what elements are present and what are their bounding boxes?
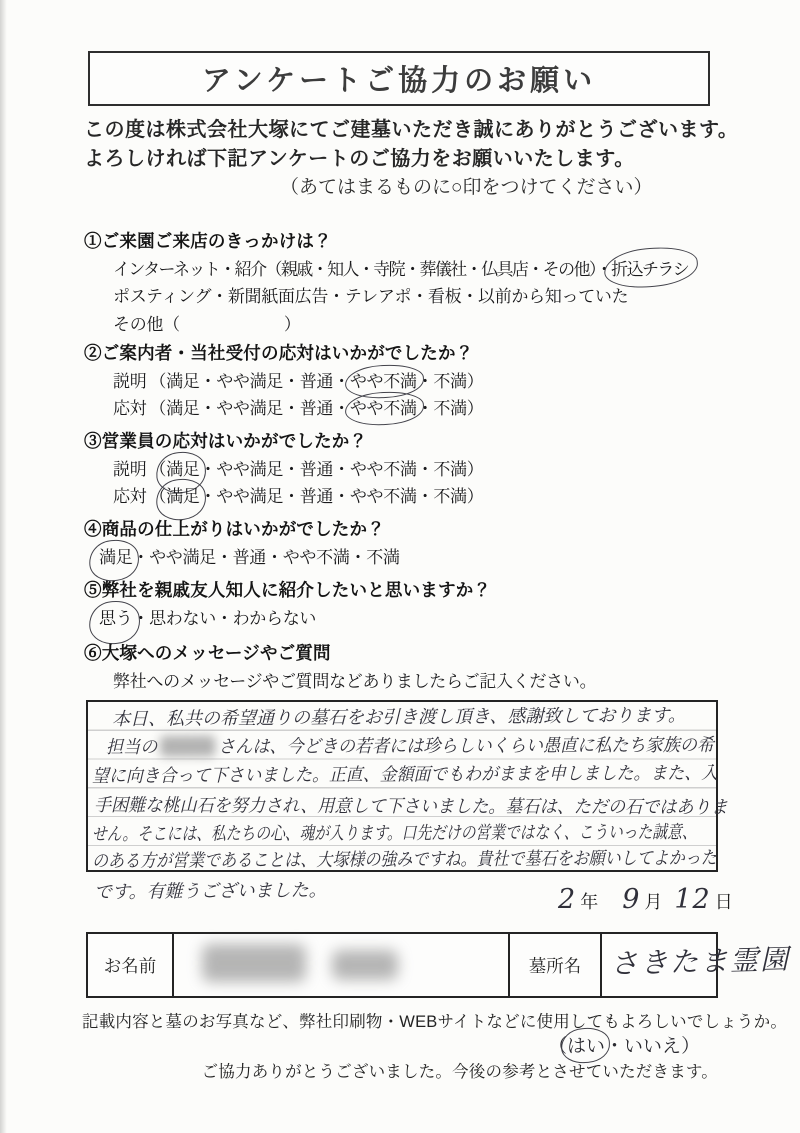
question-3: ③営業員の応対はいかがでしたか？ 説明（満足・やや満足・普通・やや不満・不満） … — [84, 428, 483, 511]
question-1: ①ご来園ご来店のきっかけは？ インターネット・紹介（親戚・知人・寺院・葬儀社・仏… — [84, 228, 688, 338]
intro-text: この度は株式会社大塚にてご建墓いただき誠にありがとうございます。 よろしければ下… — [84, 116, 738, 174]
q4-options-rest: ・やや満足・普通・やや不満・不満 — [132, 548, 399, 567]
circled-option-yaya-fuman-2: やや不満 — [350, 395, 417, 423]
survey-form-scan: アンケートご協力のお願い この度は株式会社大塚にてご建墓いただき誠にありがとうご… — [0, 0, 800, 1133]
permission-question: 記載内容と墓のお写真など、弊社印刷物・WEBサイトなどに使用してもよろしいでしょ… — [82, 1008, 787, 1032]
circled-choice-hai: はい — [567, 1031, 605, 1058]
question-1-options-line-3: その他（） — [113, 311, 688, 339]
question-2-heading: ②ご案内者・当社受付の応対はいかがでしたか？ — [84, 340, 483, 368]
q2-row1-pre: （満足・やや満足・普通・ — [149, 372, 349, 391]
q3-row2-label: 応対 — [113, 487, 146, 506]
q1-other-close: ） — [284, 315, 301, 334]
intro-line-2: よろしければ下記アンケートのご協力をお願いいたします。 — [84, 145, 738, 174]
q2-row2-label: 応対 — [113, 399, 146, 418]
choices-close-paren: ） — [681, 1036, 700, 1057]
respondent-table: お名前 墓所名 さきたま霊園 — [86, 932, 718, 998]
circled-option-omou: 思う — [99, 605, 132, 633]
q1-other-label: その他（ — [113, 315, 180, 334]
circled-option-manzoku-3: 満足 — [99, 544, 132, 572]
q3-row2-pre: （ — [149, 487, 166, 506]
q5-options-rest: ・思わない・わからない — [132, 609, 316, 628]
question-1-heading: ①ご来園ご来店のきっかけは？ — [84, 228, 688, 256]
date-year-value: 2 — [558, 884, 576, 915]
date-line: 2 年 9 月 12 日 — [558, 884, 733, 915]
q3-row1-label: 説明 — [113, 460, 146, 479]
date-month-unit: 月 — [644, 888, 662, 914]
question-5: ⑤弊社を親戚友人知人に紹介したいと思いますか？ 思う・思わない・わからない — [84, 577, 491, 632]
grave-value-cell: さきたま霊園 — [600, 934, 716, 996]
question-4: ④商品の仕上がりはいかがでしたか？ 満足・やや満足・普通・やや不満・不満 — [84, 516, 400, 571]
q3-row1-pre: （ — [149, 460, 166, 479]
date-month-value: 9 — [622, 884, 640, 915]
date-day-unit: 日 — [715, 888, 733, 914]
question-6-subtext: 弊社へのメッセージやご質問などありましたらご記入ください。 — [113, 668, 596, 696]
q2-row1-label: 説明 — [113, 372, 146, 391]
message-line-7: です。有難うございました。 — [94, 876, 327, 904]
question-4-heading: ④商品の仕上がりはいかがでしたか？ — [84, 516, 400, 544]
question-2-row-setsumei: 説明（満足・やや満足・普通・やや不満・不満） — [113, 368, 483, 396]
grave-name-handwritten: さきたま霊園 — [610, 938, 791, 983]
question-5-heading: ⑤弊社を親戚友人知人に紹介したいと思いますか？ — [84, 577, 491, 605]
name-label-cell: お名前 — [88, 934, 172, 996]
question-6-heading: ⑥大塚へのメッセージやご質問 — [84, 640, 596, 668]
q1-options-pre: インターネット・紹介（親戚・知人・寺院・葬儀社・仏具店・その他）・ — [113, 260, 611, 279]
question-2-row-outai: 応対（満足・やや満足・普通・やや不満・不満） — [113, 395, 483, 423]
q2-row2-post: ・不満） — [417, 399, 484, 418]
intro-line-1: この度は株式会社大塚にてご建墓いただき誠にありがとうございます。 — [84, 116, 738, 145]
message-writing-box — [86, 700, 718, 872]
question-4-options: 満足・やや満足・普通・やや不満・不満 — [99, 544, 400, 572]
closing-thanks: ご協力ありがとうございました。今後の参考とさせていただきます。 — [202, 1058, 718, 1082]
name-value-cell — [172, 934, 508, 996]
q3-row1-post: ・やや満足・普通・やや不満・不満） — [200, 460, 484, 479]
date-year-unit: 年 — [580, 888, 598, 914]
circled-option-yaya-fuman-1: やや不満 — [350, 368, 417, 396]
q2-row2-pre: （満足・やや満足・普通・ — [149, 399, 349, 418]
grave-label-cell: 墓所名 — [508, 934, 600, 996]
question-3-row-setsumei: 説明（満足・やや満足・普通・やや不満・不満） — [113, 456, 483, 484]
question-5-options: 思う・思わない・わからない — [99, 605, 491, 633]
date-day-value: 12 — [674, 884, 710, 915]
redacted-surname-blur — [202, 944, 306, 982]
choices-separator: ・ — [605, 1036, 624, 1057]
question-3-heading: ③営業員の応対はいかがでしたか？ — [84, 428, 483, 456]
circled-option-manzoku-1: 満足 — [166, 456, 199, 484]
question-1-options-line-2: ポスティング・新聞紙面広告・テレアポ・看板・以前から知っていた — [113, 283, 688, 311]
permission-choices: （はい・いいえ） — [548, 1031, 700, 1058]
circle-instruction: （あてはまるものに○印をつけてください） — [280, 172, 652, 199]
survey-title: アンケートご協力のお願い — [202, 58, 596, 99]
q3-row2-post: ・やや満足・普通・やや不満・不満） — [200, 487, 484, 506]
q2-row1-post: ・不満） — [417, 372, 484, 391]
circled-option-orikomi-chirashi: 折込チラシ — [611, 256, 688, 284]
choice-iie: いいえ — [624, 1036, 681, 1057]
question-6: ⑥大塚へのメッセージやご質問 弊社へのメッセージやご質問などありましたらご記入く… — [84, 640, 596, 695]
choices-open-paren: （ — [548, 1036, 567, 1057]
question-1-options-line-1: インターネット・紹介（親戚・知人・寺院・葬儀社・仏具店・その他）・折込チラシ — [113, 256, 688, 284]
circled-option-manzoku-2: 満足 — [166, 483, 199, 511]
survey-title-box: アンケートご協力のお願い — [88, 51, 710, 106]
question-3-row-outai: 応対（満足・やや満足・普通・やや不満・不満） — [113, 483, 483, 511]
redacted-givenname-blur — [332, 950, 398, 980]
question-2: ②ご案内者・当社受付の応対はいかがでしたか？ 説明（満足・やや満足・普通・やや不… — [84, 340, 483, 423]
